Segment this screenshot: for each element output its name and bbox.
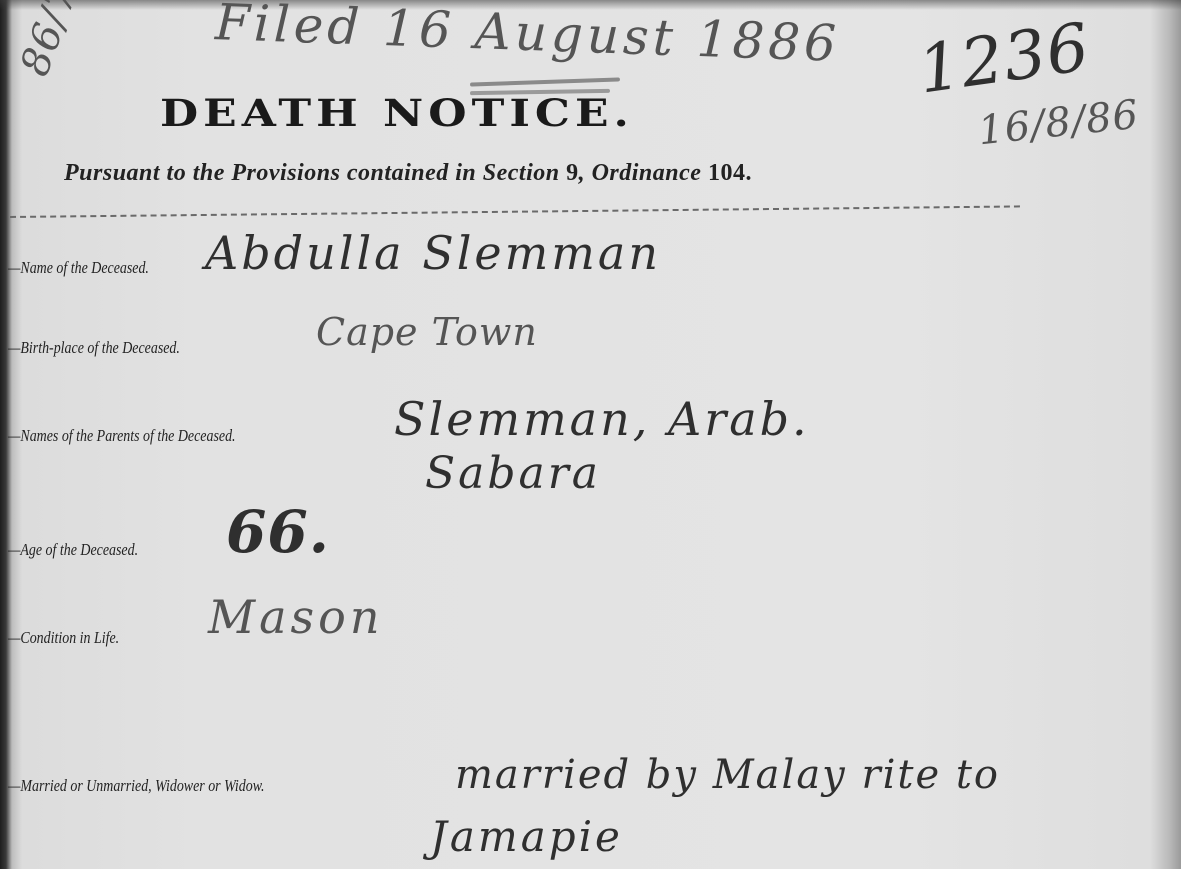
field-value-parents-line2: Sabara [425, 448, 601, 499]
reference-number-annotation: 86/701 [12, 0, 105, 82]
registry-number-annotation: 1236 [913, 8, 1094, 108]
ink-smudge [470, 77, 620, 86]
death-notice-document: 86/701 Filed 16 August 1886 1236 16/8/86… [0, 0, 1181, 869]
field-value-name: Abdulla Slemman [205, 226, 661, 280]
document-subtitle: Pursuant to the Provisions contained in … [64, 160, 752, 187]
subtitle-section-number: 9 [566, 160, 579, 186]
field-label-parents: —Names of the Parents of the Deceased. [8, 426, 236, 446]
field-label-marital-status: —Married or Unmarried, Widower or Widow. [8, 776, 264, 796]
field-value-marital-status-line2: Jamapie [430, 812, 623, 861]
field-label-birthplace: —Birth-place of the Deceased. [8, 338, 180, 358]
filed-date-annotation: Filed 16 August 1886 [214, 0, 841, 73]
subtitle-text-1: Pursuant to the Provisions contained in … [64, 160, 566, 186]
field-value-age: 66. [226, 498, 330, 566]
registry-date-annotation: 16/8/86 [976, 92, 1141, 155]
field-value-marital-status-line1: married by Malay rite to [455, 752, 1000, 798]
header-divider [10, 205, 1020, 218]
field-label-age: —Age of the Deceased. [8, 540, 138, 560]
subtitle-text-2: , Ordinance [579, 160, 708, 186]
field-label-condition: —Condition in Life. [8, 628, 119, 648]
document-title: DEATH NOTICE. [160, 92, 634, 135]
field-value-birthplace: Cape Town [316, 310, 538, 354]
field-value-parents-line1: Slemman, Arab. [394, 392, 810, 446]
field-label-name: —Name of the Deceased. [8, 258, 149, 278]
subtitle-ordinance-number: 104. [708, 160, 752, 186]
field-value-condition: Mason [208, 590, 383, 644]
